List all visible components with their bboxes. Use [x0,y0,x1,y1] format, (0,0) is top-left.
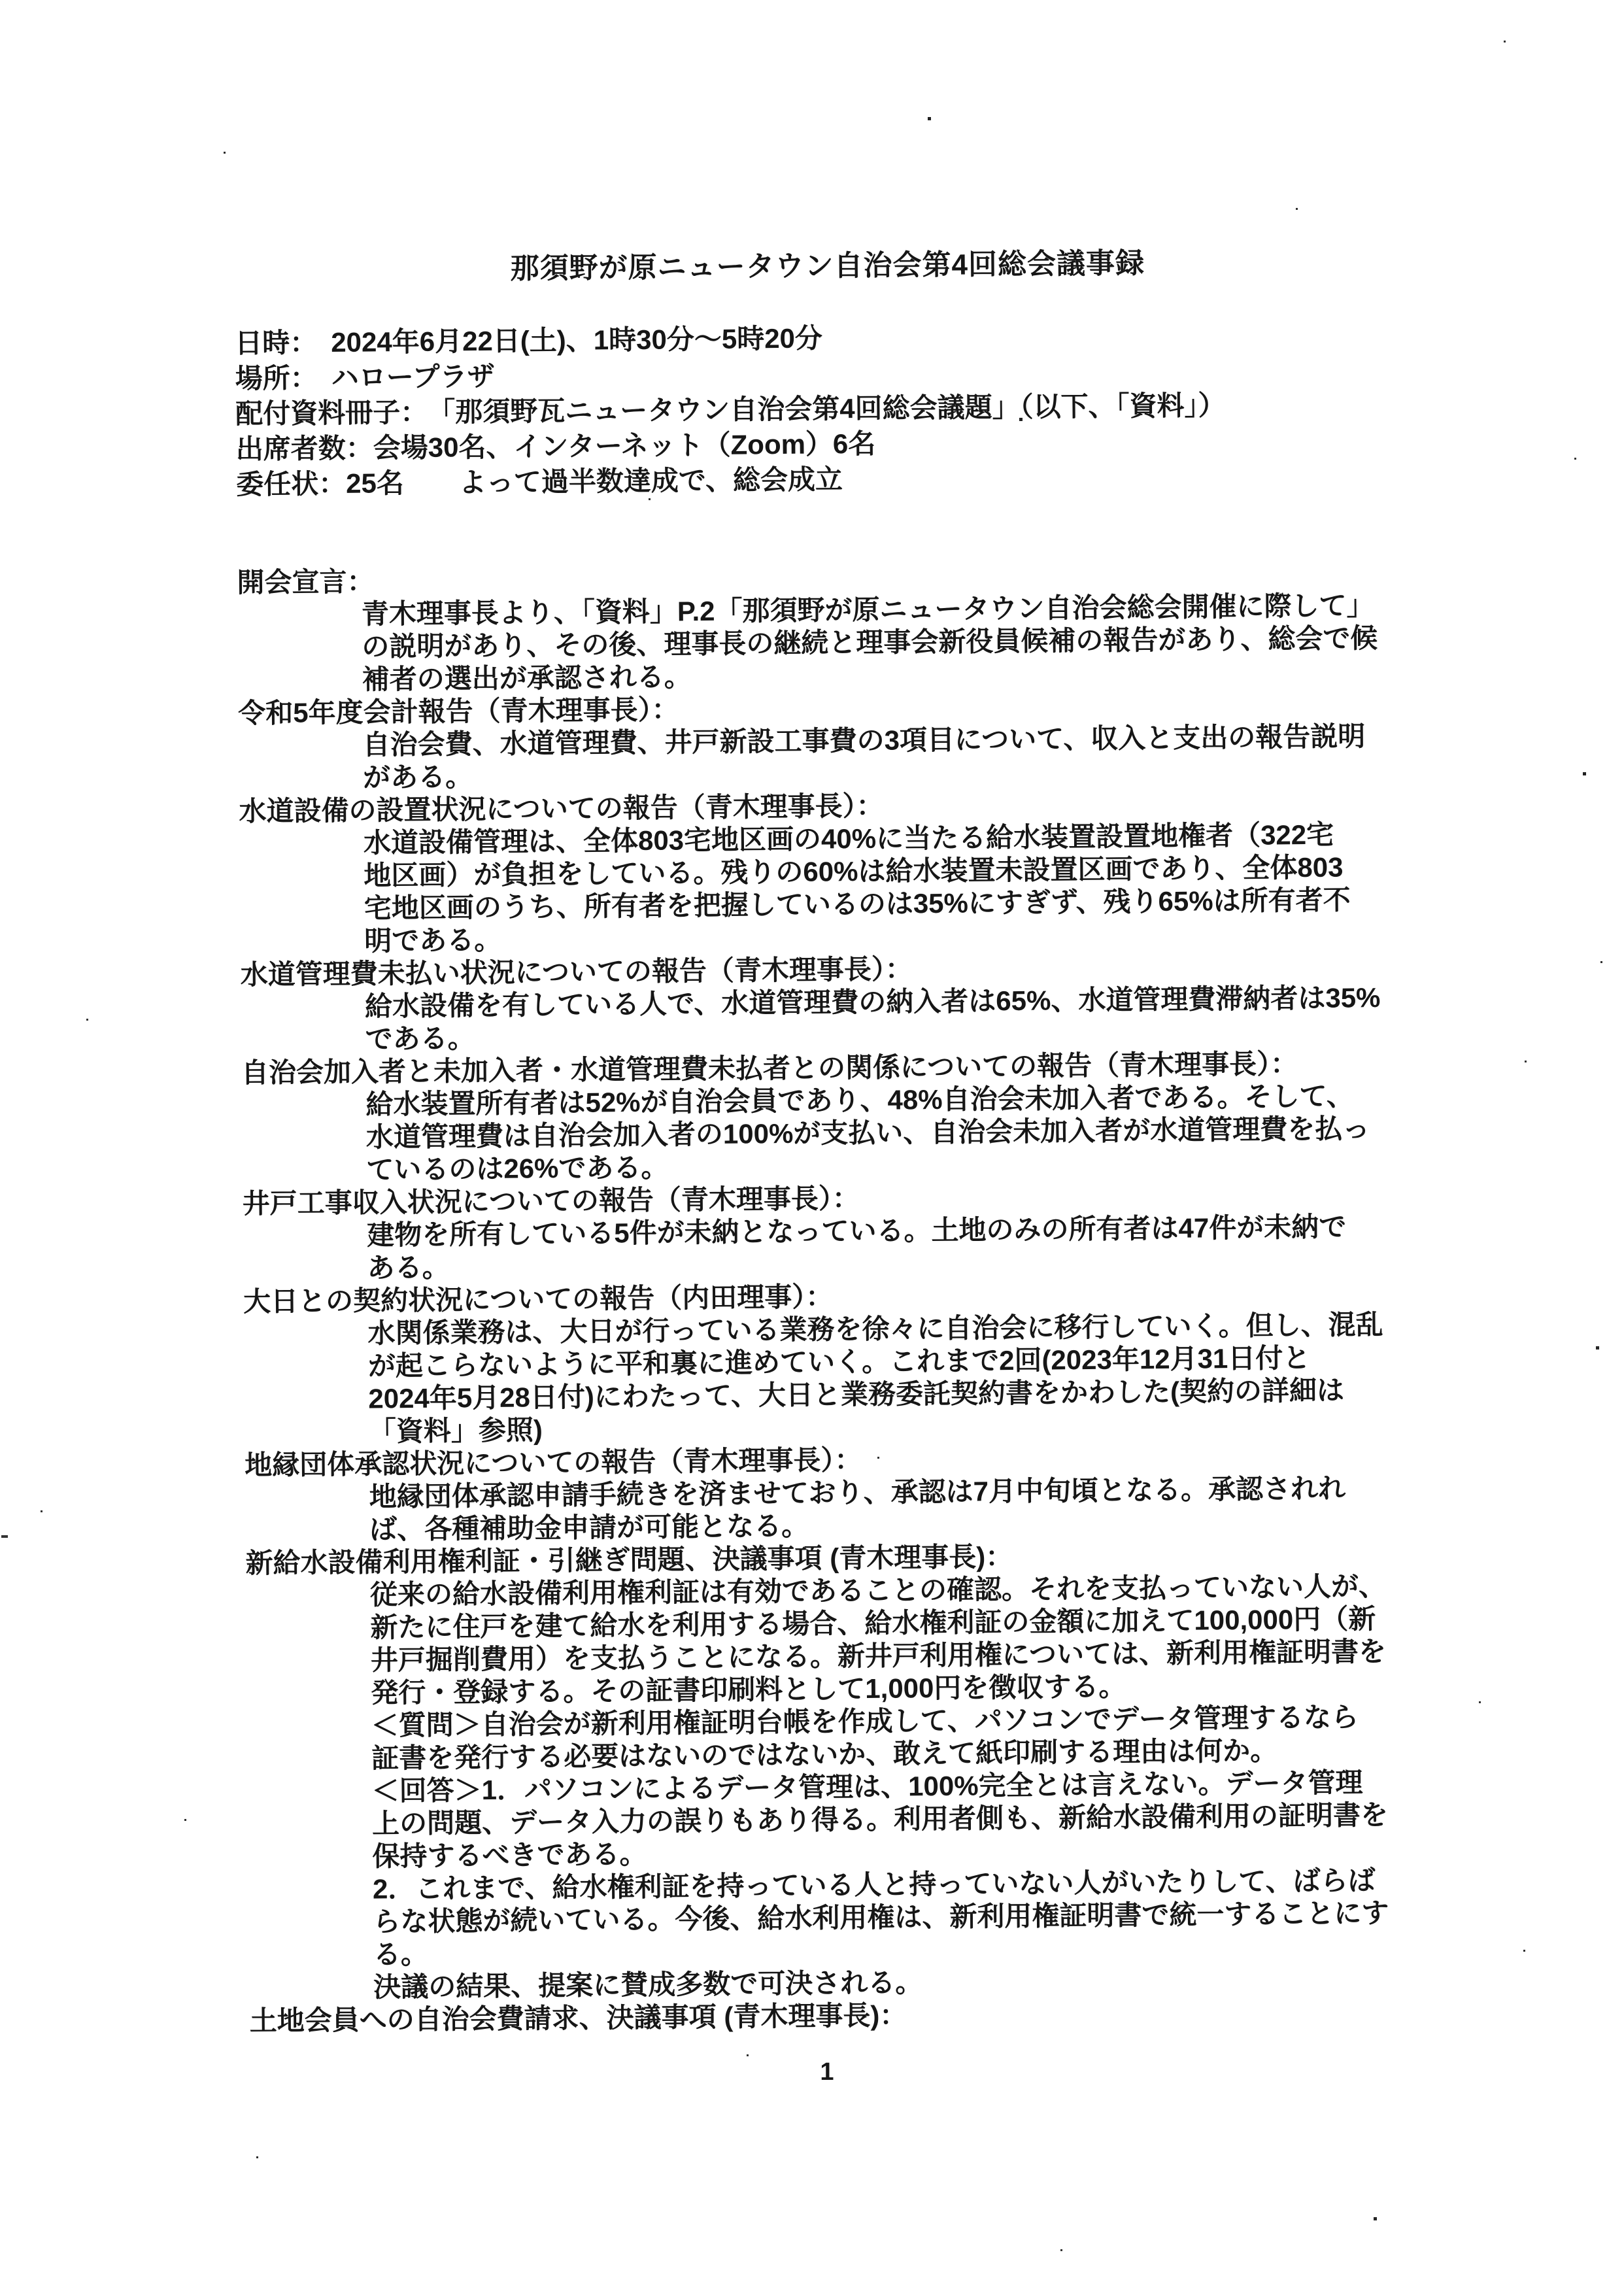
document-body: 開会宣言：青木理事長より、「資料」P.2「那須野が原ニュータウン自治会総会開催に… [237,556,1436,2037]
meta-block: 日時： 2024年6月22日(土)、1時30分～5時20分場所： ハロープラザ配… [235,315,1423,502]
document-sheet: 那須野が原ニュータウン自治会第4回総会議事録 日時： 2024年6月22日(土)… [234,237,1436,2037]
scanned-minutes-page: 那須野が原ニュータウン自治会第4回総会議事録 日時： 2024年6月22日(土)… [0,0,1624,2293]
document-title: 那須野が原ニュータウン自治会第4回総会議事録 [234,237,1421,289]
scan-noise-specks [0,0,2,2]
page-number: 1 [0,2058,1624,2086]
scan-edge-mark [1,1535,8,1538]
